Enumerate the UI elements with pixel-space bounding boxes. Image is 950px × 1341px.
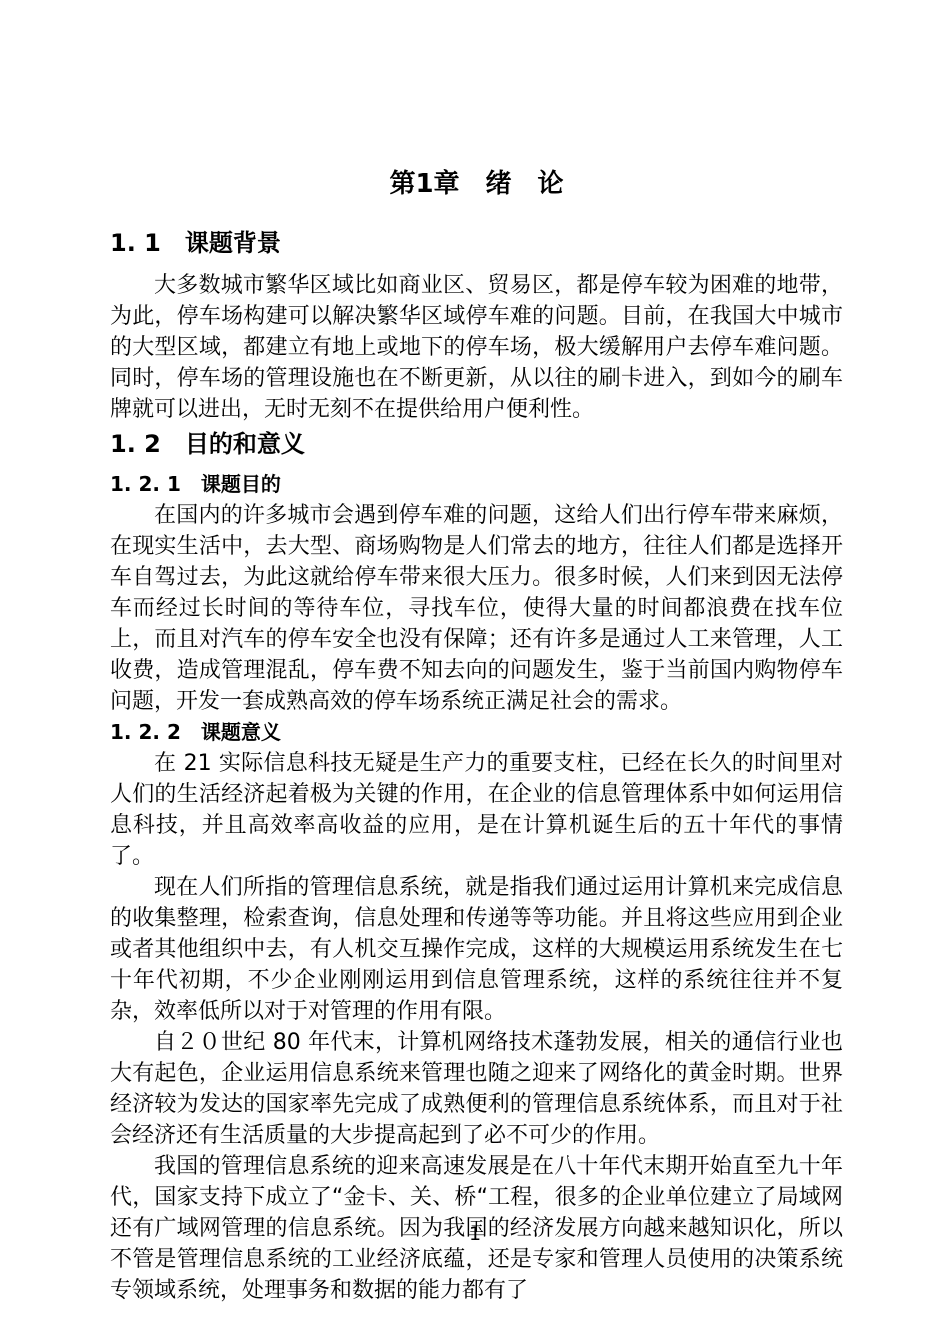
subsection-1-2-1-paragraph: 在国内的许多城市会遇到停车难的问题，这给人们出行停车带来麻烦，在现实生活中，去大… [110, 500, 843, 717]
section-1-1-heading: 1. 1 课题背景 [110, 228, 843, 258]
subsection-1-2-2-paragraph-2: 现在人们所指的管理信息系统，就是指我们通过运用计算机来完成信息的收集整理，检索查… [110, 872, 843, 1027]
subsection-1-2-2-heading: 1. 2. 2 课题意义 [110, 719, 843, 746]
document-page: 第1章 绪 论 1. 1 课题背景 大多数城市繁华区域比如商业区、贸易区，都是停… [0, 0, 950, 1341]
subsection-1-2-2-paragraph-3: 自２０世纪 80 年代末，计算机网络技术蓬勃发展，相关的通信行业也大有起色，企业… [110, 1027, 843, 1151]
section-1-1-paragraph: 大多数城市繁华区域比如商业区、贸易区，都是停车较为困难的地带，为此，停车场构建可… [110, 270, 843, 425]
subsection-1-2-2-paragraph-1: 在 21 实际信息科技无疑是生产力的重要支柱，已经在长久的时间里对人们的生活经济… [110, 748, 843, 872]
section-1-2-heading: 1. 2 目的和意义 [110, 429, 843, 459]
page-content: 第1章 绪 论 1. 1 课题背景 大多数城市繁华区域比如商业区、贸易区，都是停… [110, 168, 843, 1306]
subsection-1-2-1-heading: 1. 2. 1 课题目的 [110, 471, 843, 498]
chapter-title: 第1章 绪 论 [110, 168, 843, 200]
page-number: 1 [0, 1222, 950, 1246]
